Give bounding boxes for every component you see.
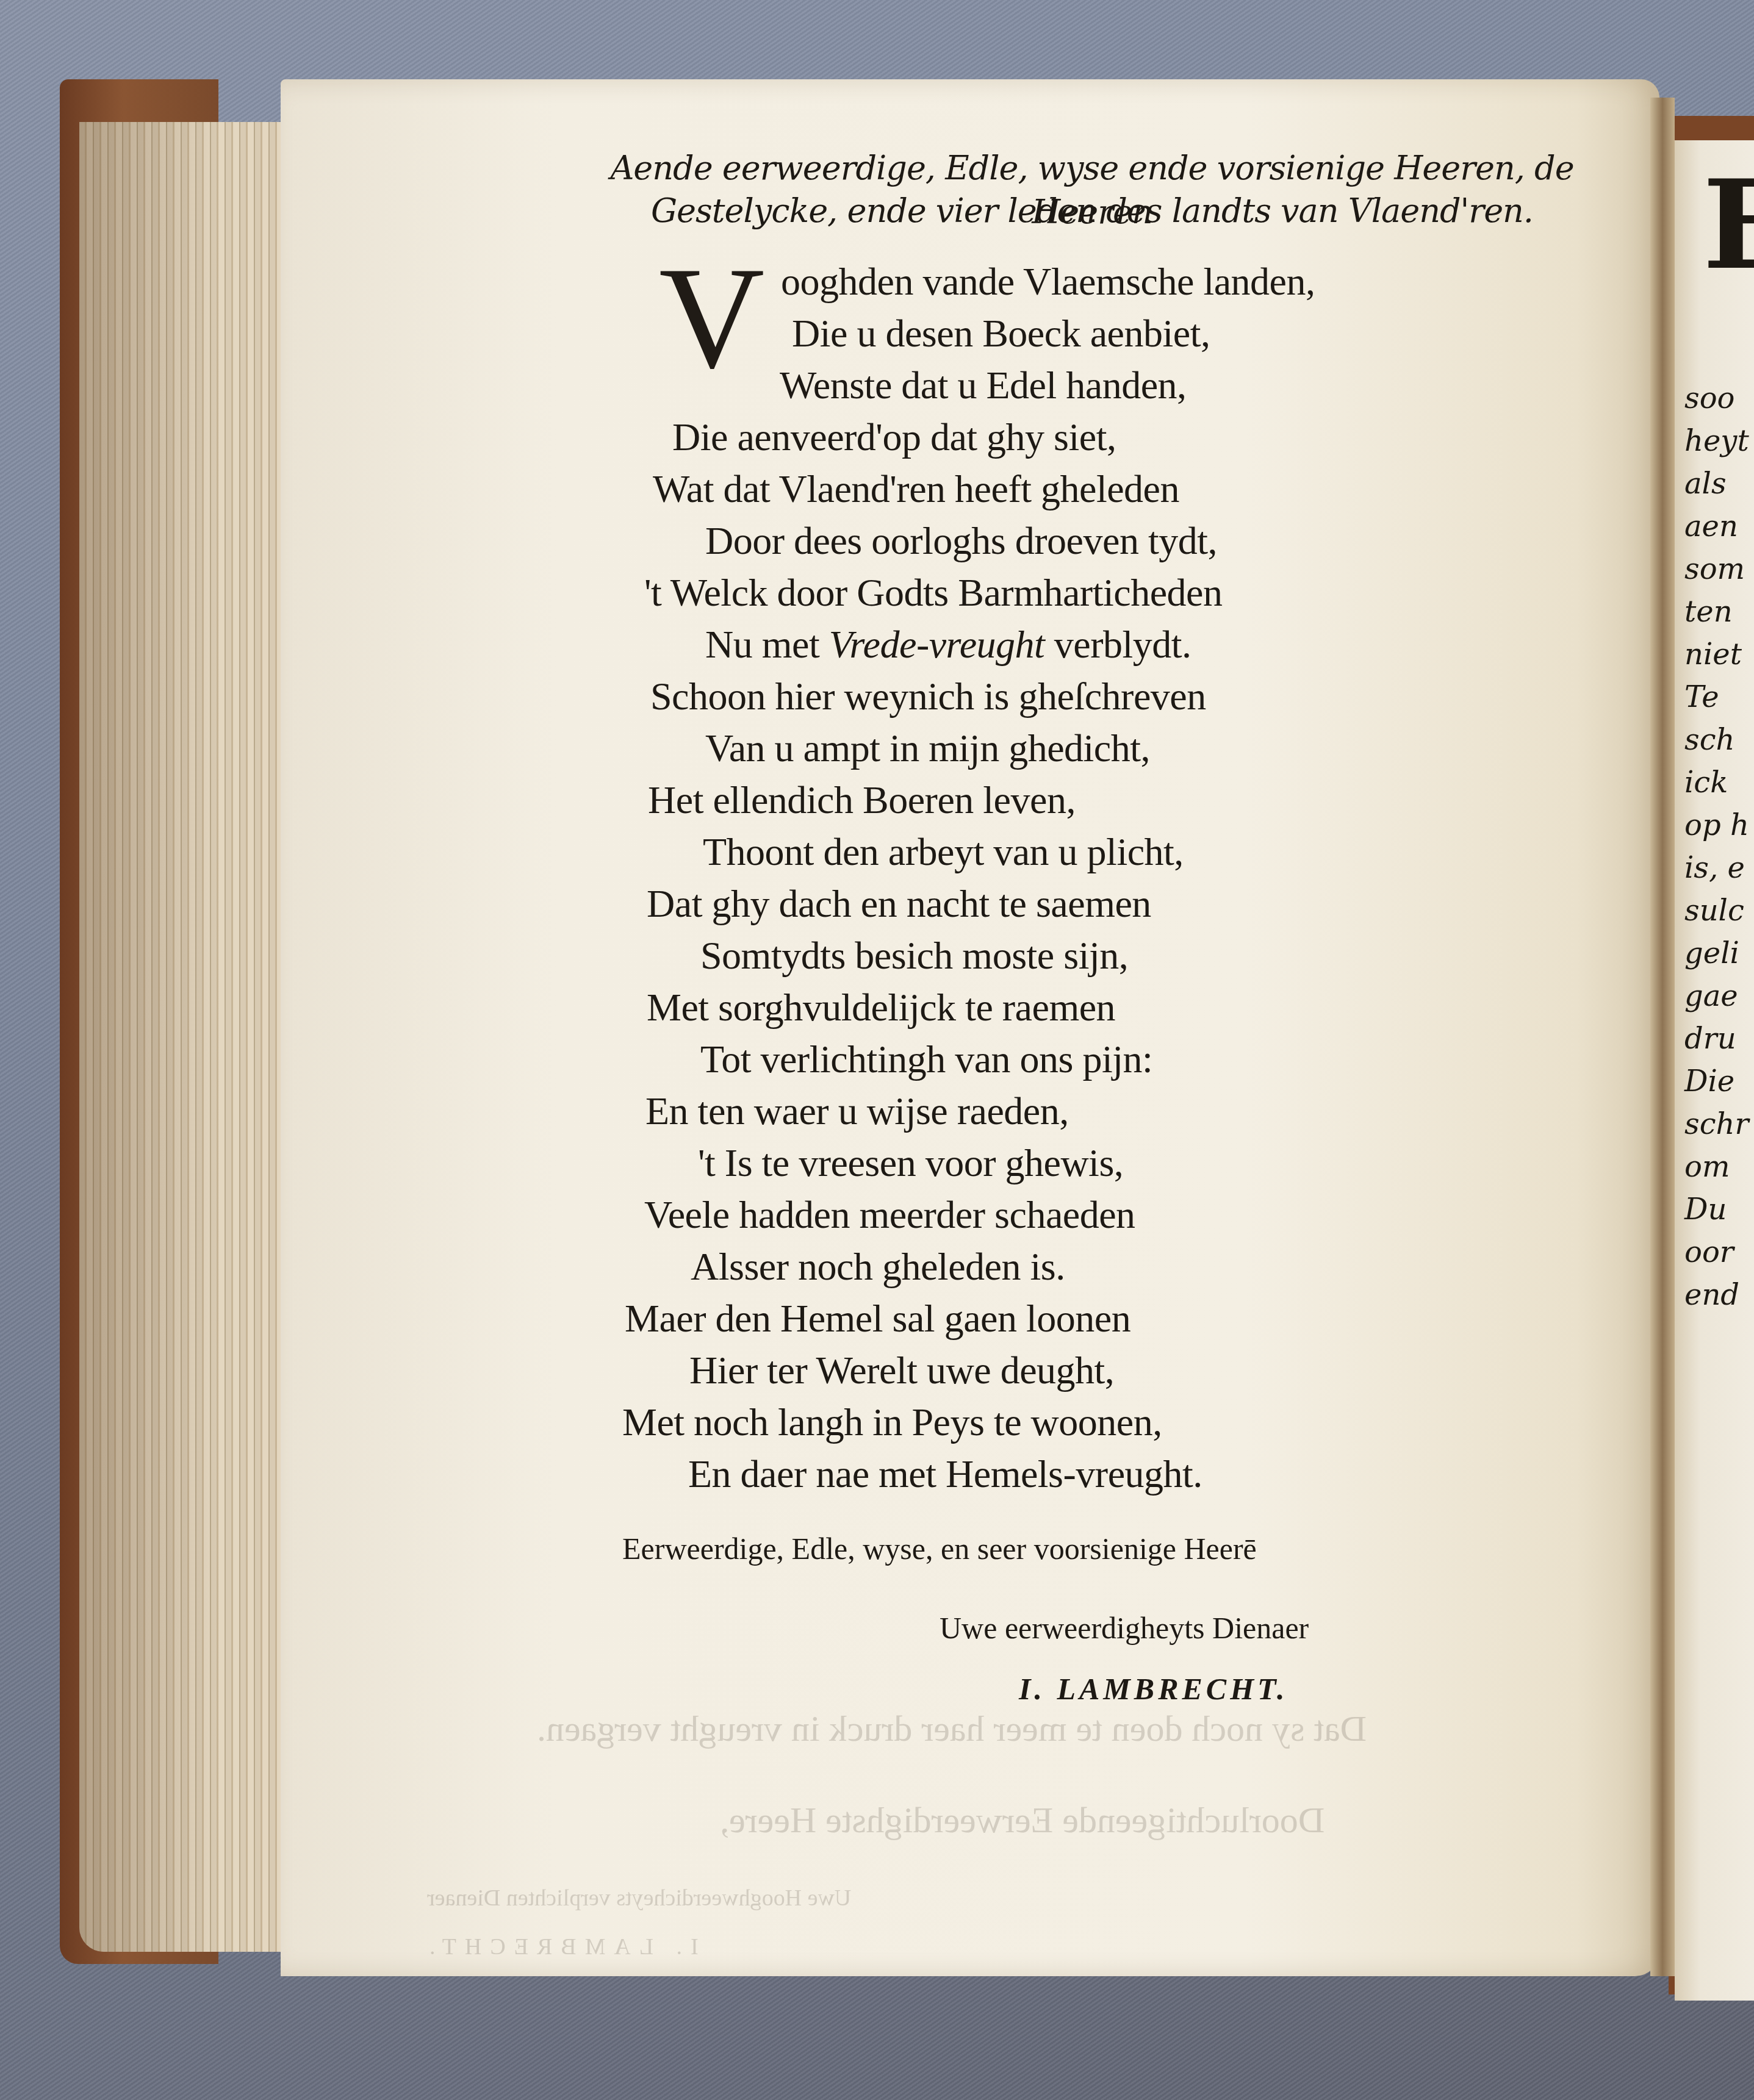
right-line: dru bbox=[1684, 1022, 1736, 1056]
page-edges-shadow bbox=[79, 122, 281, 1952]
show-through-line: Uwe Hooghweerdicheyts verplichten Dienae… bbox=[427, 1885, 851, 1912]
poem-italic-text: Vrede-vreught bbox=[829, 623, 1045, 666]
show-through-line: Dat sy noch doen te meer haer druck in v… bbox=[537, 1708, 1367, 1750]
right-line: aen bbox=[1684, 509, 1738, 543]
show-through-line: I. LAMBRECHT. bbox=[421, 1933, 699, 1960]
poem-line: En ten waer u wijse raeden, bbox=[645, 1089, 1069, 1134]
poem-line: Met noch langh in Peys te woonen, bbox=[622, 1400, 1162, 1445]
poem-line: Schoon hier weynich is gheſchreven bbox=[650, 674, 1206, 719]
poem-text: Nu met bbox=[705, 623, 829, 666]
signature: I. LAMBRECHT. bbox=[1019, 1671, 1289, 1707]
right-line: Du bbox=[1684, 1192, 1727, 1227]
poem-line: 't Welck door Godts Barmharticheden bbox=[644, 570, 1222, 615]
right-line: som bbox=[1684, 552, 1745, 586]
poem-line: Met sorghvuldelijck te raemen bbox=[647, 985, 1115, 1030]
right-line: is, e bbox=[1684, 851, 1745, 885]
right-line: Die bbox=[1684, 1064, 1734, 1098]
right-line: als bbox=[1684, 467, 1727, 501]
book-gutter bbox=[1650, 98, 1675, 1976]
poem-line: Hier ter Werelt uwe deught, bbox=[689, 1348, 1114, 1393]
closing-salutation: Eerweerdige, Edle, wyse, en seer voorsie… bbox=[622, 1531, 1257, 1566]
poem-line: Alsser noch gheleden is. bbox=[691, 1244, 1065, 1289]
poem-text: verblydt. bbox=[1044, 623, 1191, 666]
right-line: gae bbox=[1684, 979, 1738, 1013]
poem-line: Wenste dat u Edel handen, bbox=[780, 363, 1187, 408]
right-line: op h bbox=[1684, 808, 1749, 842]
poem-line: Nu met Vrede-vreught verblydt. bbox=[705, 622, 1191, 667]
dedication-heading-line2: Gestelycke, ende vier leden des landts v… bbox=[598, 189, 1586, 233]
right-line: schr bbox=[1684, 1107, 1749, 1141]
poem-line: Die u desen Boeck aenbiet, bbox=[792, 311, 1210, 356]
poem-line: 't Is te vreesen voor ghewis, bbox=[698, 1141, 1123, 1186]
poem-line: Veele hadden meerder schaeden bbox=[644, 1192, 1135, 1238]
right-line: oor bbox=[1684, 1235, 1734, 1269]
poem-line: Dat ghy dach en nacht te saemen bbox=[647, 881, 1151, 926]
right-line: sch bbox=[1684, 723, 1734, 757]
poem-line: En daer nae met Hemels-vreught. bbox=[688, 1452, 1202, 1497]
poem-line: ooghden vande Vlaemsche landen, bbox=[781, 259, 1315, 304]
right-line: om bbox=[1684, 1150, 1730, 1184]
drop-cap: V bbox=[659, 244, 764, 390]
right-line: end bbox=[1684, 1278, 1739, 1312]
right-line: soo bbox=[1684, 381, 1734, 415]
right-page-fragment: E soo heyt als aen som ten niet Te sch i… bbox=[1675, 140, 1754, 2001]
right-drop-cap: E bbox=[1703, 165, 1754, 287]
right-line: ten bbox=[1684, 595, 1733, 629]
poem-line: Wat dat Vlaend'ren heeft gheleden bbox=[653, 467, 1179, 512]
poem-line: Door dees oorloghs droeven tydt, bbox=[705, 518, 1217, 564]
show-through-line: Doorluchtigeende Eerweerdighste Heere, bbox=[720, 1799, 1324, 1841]
right-line: Te bbox=[1684, 680, 1719, 714]
right-line: geli bbox=[1684, 936, 1739, 970]
right-line: ick bbox=[1684, 765, 1728, 800]
right-line: heyt bbox=[1684, 424, 1749, 458]
right-line: niet bbox=[1684, 637, 1742, 672]
right-line: sulc bbox=[1684, 894, 1744, 928]
poem-line: Van u ampt in mijn ghedicht, bbox=[705, 726, 1150, 771]
closing-servant: Uwe eerweerdigheyts Dienaer bbox=[940, 1610, 1309, 1646]
poem-line: Tot verlichtingh van ons pijn: bbox=[700, 1037, 1152, 1082]
poem-line: Thoont den arbeyt van u plicht, bbox=[703, 830, 1184, 875]
poem-line: Maer den Hemel sal gaen loonen bbox=[625, 1296, 1130, 1341]
poem-line: Somtydts besich moste sijn, bbox=[700, 933, 1128, 978]
poem-line: Die aenveerd'op dat ghy siet, bbox=[672, 415, 1116, 460]
poem-line: Het ellendich Boeren leven, bbox=[648, 778, 1076, 823]
